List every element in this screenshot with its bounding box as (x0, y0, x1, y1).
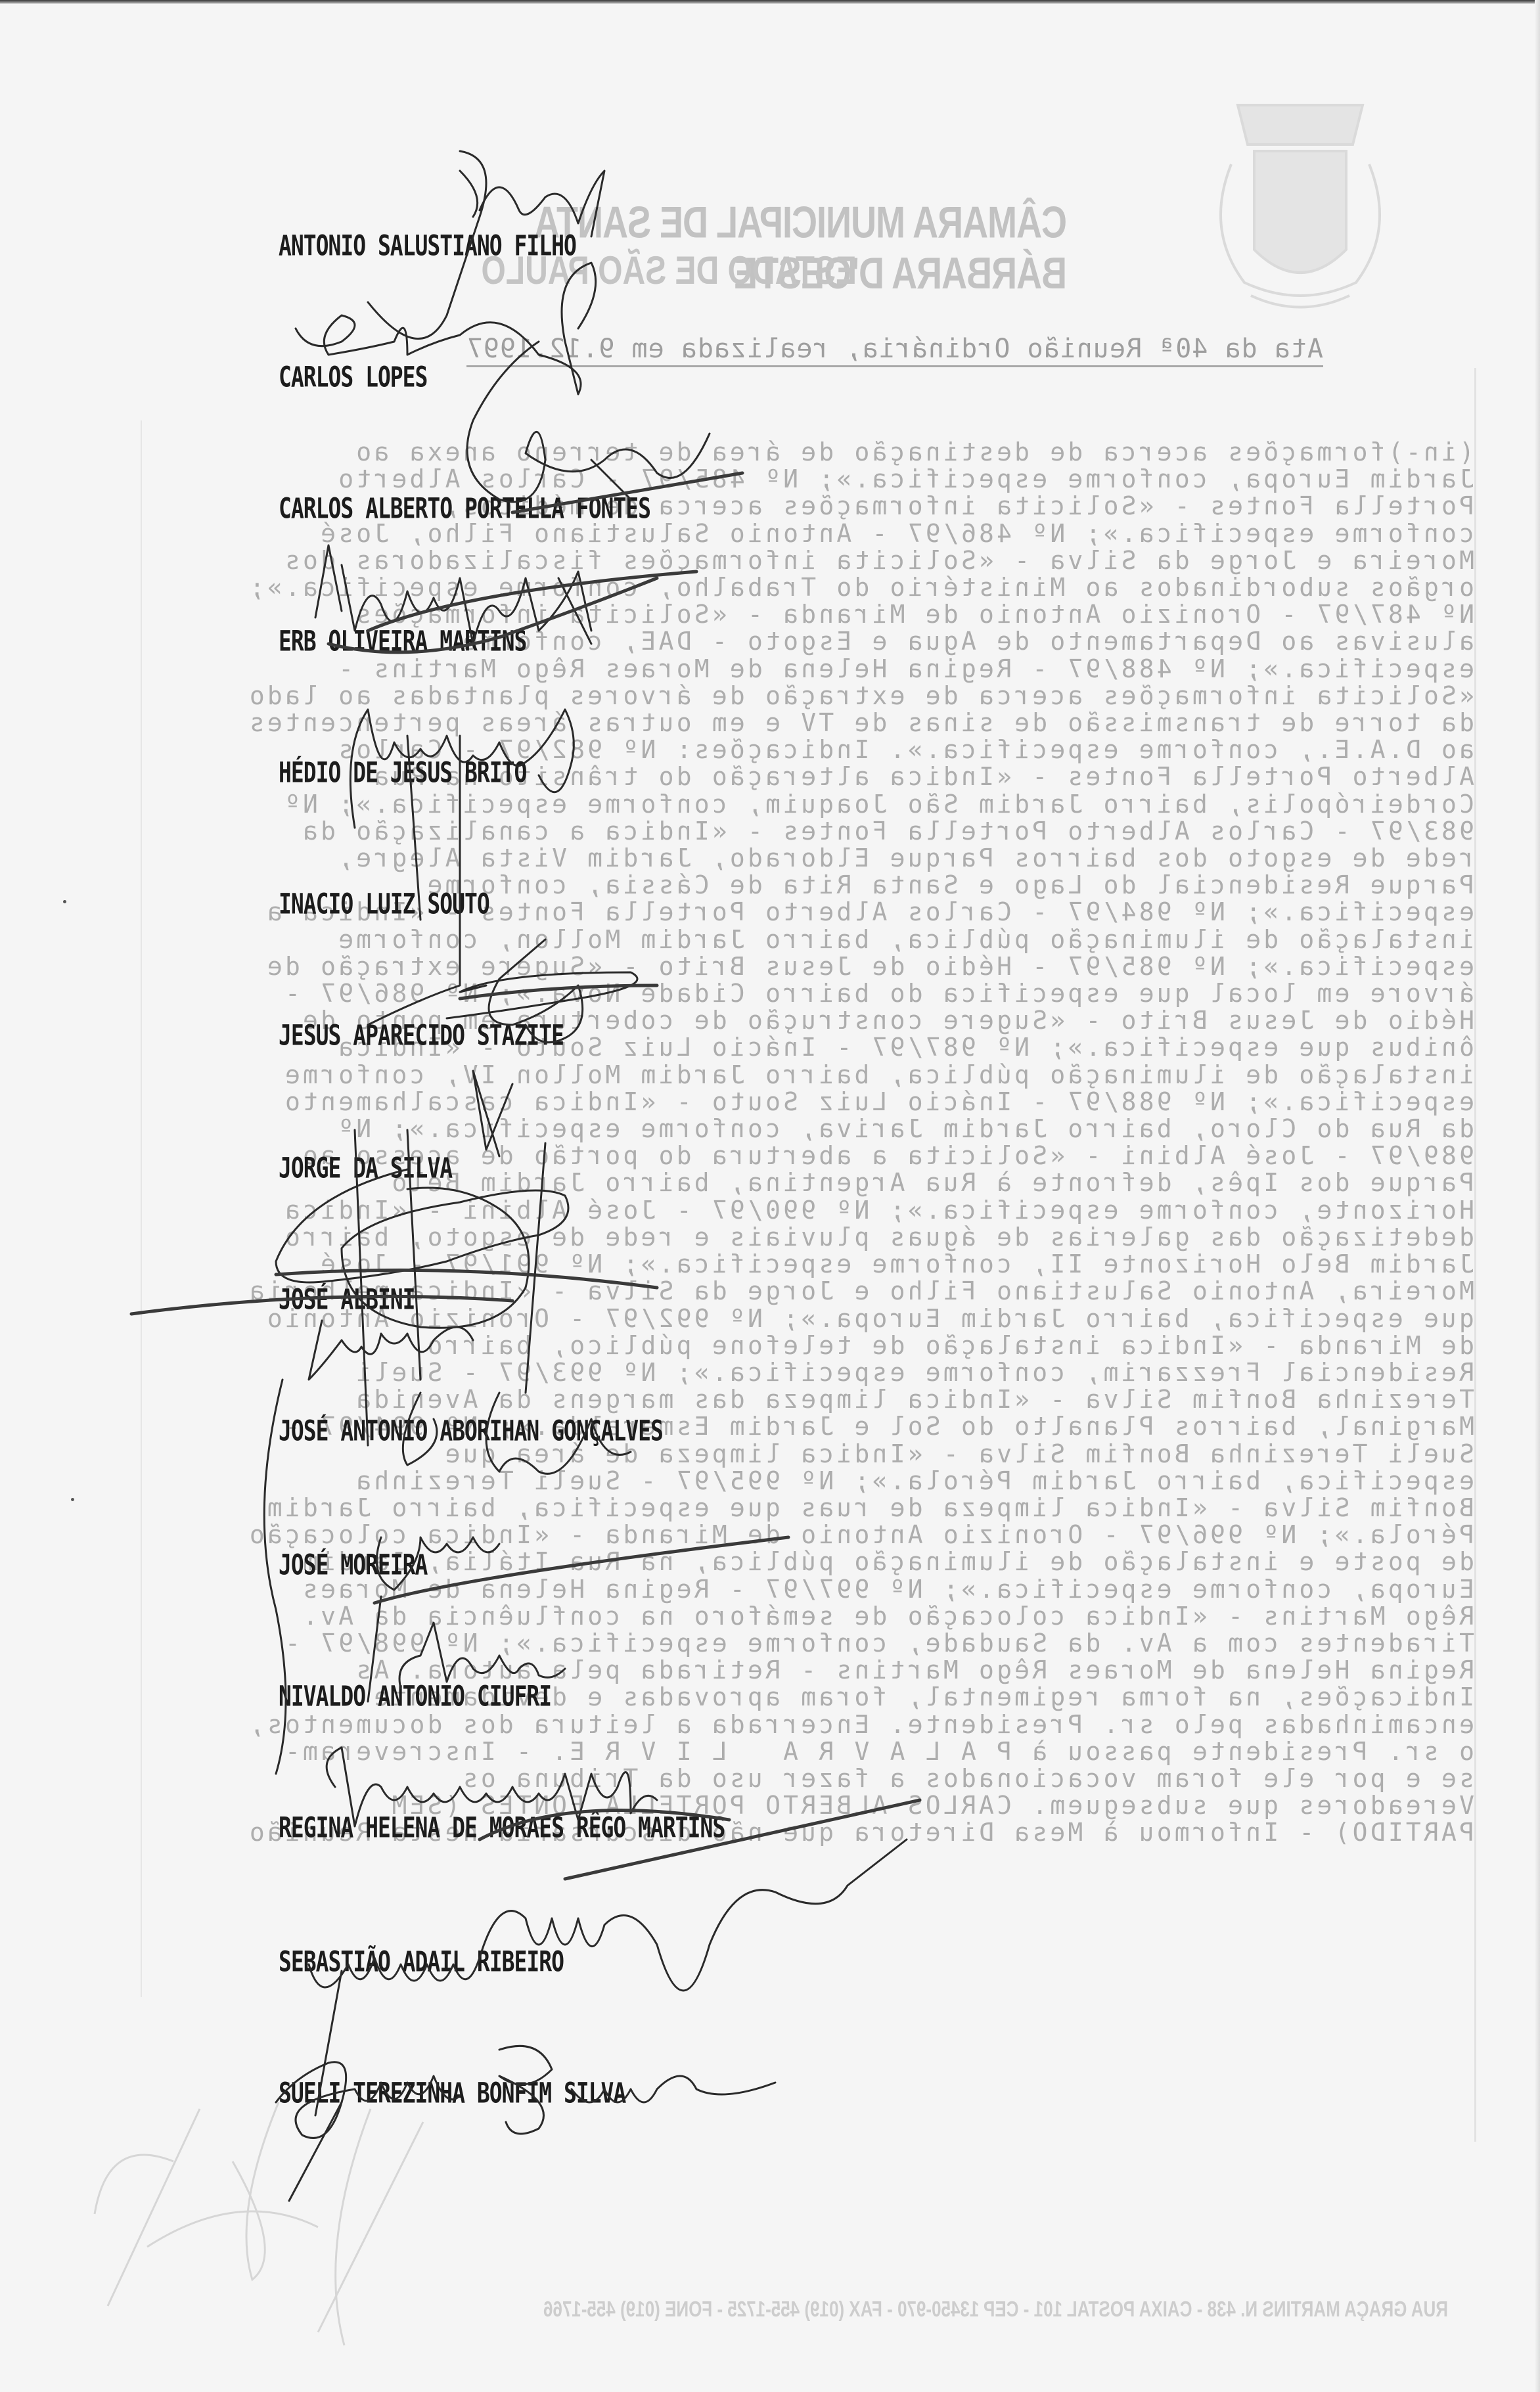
scan-speck (63, 900, 66, 903)
minutes-body-line: Tiradentes com a Av. da Saudade, conform… (134, 1630, 1474, 1657)
signatory-name: JORGE DA SILVA (279, 1151, 452, 1185)
signatory-name: JESUS APARECIDO STAZITE (279, 1018, 564, 1052)
minutes-body-line: árvore em local que especifica do bairro… (134, 980, 1474, 1007)
minutes-body-line: se e por ele foram vocacionados a fazer … (134, 1765, 1474, 1792)
minutes-body-line: especifica.»; Nº 488/97 - Regina Helena … (134, 656, 1474, 683)
minutes-body-line: o sr. Presidente passou à P A L A V R A … (134, 1738, 1474, 1765)
scan-top-edge (0, 0, 1540, 4)
signatory-name: HÉDIO DE JESUS BRITO (279, 756, 526, 789)
signatory-name: SEBASTIÃO ADAIL RIBEIRO (279, 1945, 564, 1978)
signatory-name: NIVALDO ANTONIO CIUFRI (279, 1679, 551, 1713)
minutes-body-line: orgãos subordinados ao Ministério do Tra… (134, 574, 1474, 601)
signatory-name: INACIO LUIZ SOUTO (279, 887, 489, 920)
scan-speck (71, 1498, 74, 1501)
letterhead-footer: RUA GRAÇA MARTINS N. 438 - CAIXA POSTAL … (543, 2296, 1448, 2322)
signatures-layer (0, 0, 1540, 2392)
signatory-name: CARLOS ALBERTO PORTELLA FONTES (279, 491, 650, 525)
signatory-name: SUELI TEREZINHA BONFIM SILVA (279, 2076, 625, 2110)
minutes-body-line: Cordeirópolis, bairro Jardim São Joaquim… (134, 791, 1474, 818)
minutes-body-line: Rêgo Martins - «Indica colocação de semá… (134, 1603, 1474, 1630)
signatory-name: JOSÉ MOREIRA (279, 1548, 427, 1581)
minutes-body-line: especifica, bairro Jardim Pérola.»; Nº 9… (134, 1468, 1474, 1495)
minutes-body-line: Pérola.»; Nº 996/97 - Oronizio Antonio d… (134, 1522, 1474, 1548)
minutes-body-line: Jardim Belo Horizonte II, conforme espec… (134, 1251, 1474, 1278)
scan-right-edge (1535, 0, 1540, 2392)
minutes-body-line: «Solicita informações acerca de extração… (134, 683, 1474, 710)
minutes-body-line: instalação de iluminação pública, bairro… (134, 1062, 1474, 1089)
signature-jose-moreira (368, 1537, 788, 1702)
minutes-body-line: encaminhadas pelo sr. Presidente. Encerr… (134, 1711, 1474, 1738)
minutes-body-line: Residencial Frezzarim, conforme especifi… (134, 1359, 1474, 1386)
minutes-body-line: rede de esgoto dos bairros Parque Eldora… (134, 845, 1474, 872)
minutes-body-line: Bonfim Silva - «Indica limpeza de ruas q… (134, 1495, 1474, 1522)
minutes-body-line: especifica.»; Nº 988/97 - Inácio Luiz So… (134, 1089, 1474, 1116)
signature-carlos-alberto-portella (467, 342, 742, 512)
bleed-through-signature (81, 2083, 449, 2358)
signatory-name: JOSÉ ALBINI (279, 1282, 415, 1316)
signatory-name: ERB OLIVEIRA MARTINS (279, 624, 526, 658)
minutes-body-line: Horizonte, conforme especifica.»; Nº 990… (134, 1197, 1474, 1224)
minutes-body-line: (in-)formações acerca de destinação de á… (134, 439, 1474, 466)
minutes-body-line: dedetização das galerias de águas pluvia… (134, 1224, 1474, 1251)
signature-sueli-bonfim (276, 2046, 775, 2201)
signatory-name: REGINA HELENA DE MORAES RÊGO MARTINS (279, 1811, 725, 1844)
margin-line-right (1474, 368, 1476, 2142)
minutes-body-line: de Miranda - «Indica instalação de telef… (134, 1332, 1474, 1359)
signatory-name: CARLOS LOPES (279, 360, 427, 394)
minutes-body-line: Jardim Europa, conforme especifica.»; Nº… (134, 466, 1474, 493)
minutes-body-line: Moreira e Jorge da Silva - «Solicita inf… (134, 547, 1474, 574)
minutes-body-line: instalação de iluminação pública, bairro… (134, 926, 1474, 953)
minutes-body-line: especifica.»; Nº 985/97 - Hédio de Jesus… (134, 953, 1474, 980)
coat-of-arms-icon (1192, 79, 1409, 328)
minutes-body-line: 983/97 - Carlos Alberto Portella Fontes … (134, 818, 1474, 845)
minutes-body-line: Terezinha Bonfim Silva - «Indica limpeza… (134, 1386, 1474, 1413)
minutes-body-line: da torre de transmissão de sinas de TV e… (134, 710, 1474, 736)
bleed-through-page: CÂMARA MUNICIPAL DE SANTA BÁRBARA D'OEST… (0, 0, 1540, 2392)
minutes-title: Ata da 40ª Reunião Ordinária, realizada … (466, 334, 1323, 367)
signatory-name: ANTONIO SALUSTIANO FILHO (279, 229, 576, 262)
minutes-body-line: da Rua do Cloro, bairro Jardim Jariva, c… (134, 1116, 1474, 1142)
signature-nivaldo-ciufri (399, 1623, 565, 1688)
signature-jesus-stazite (473, 1071, 512, 1156)
margin-line-left (141, 420, 142, 1997)
signatory-name: JOSÉ ANTONIO ABORIHAN GONÇALVES (279, 1414, 663, 1447)
